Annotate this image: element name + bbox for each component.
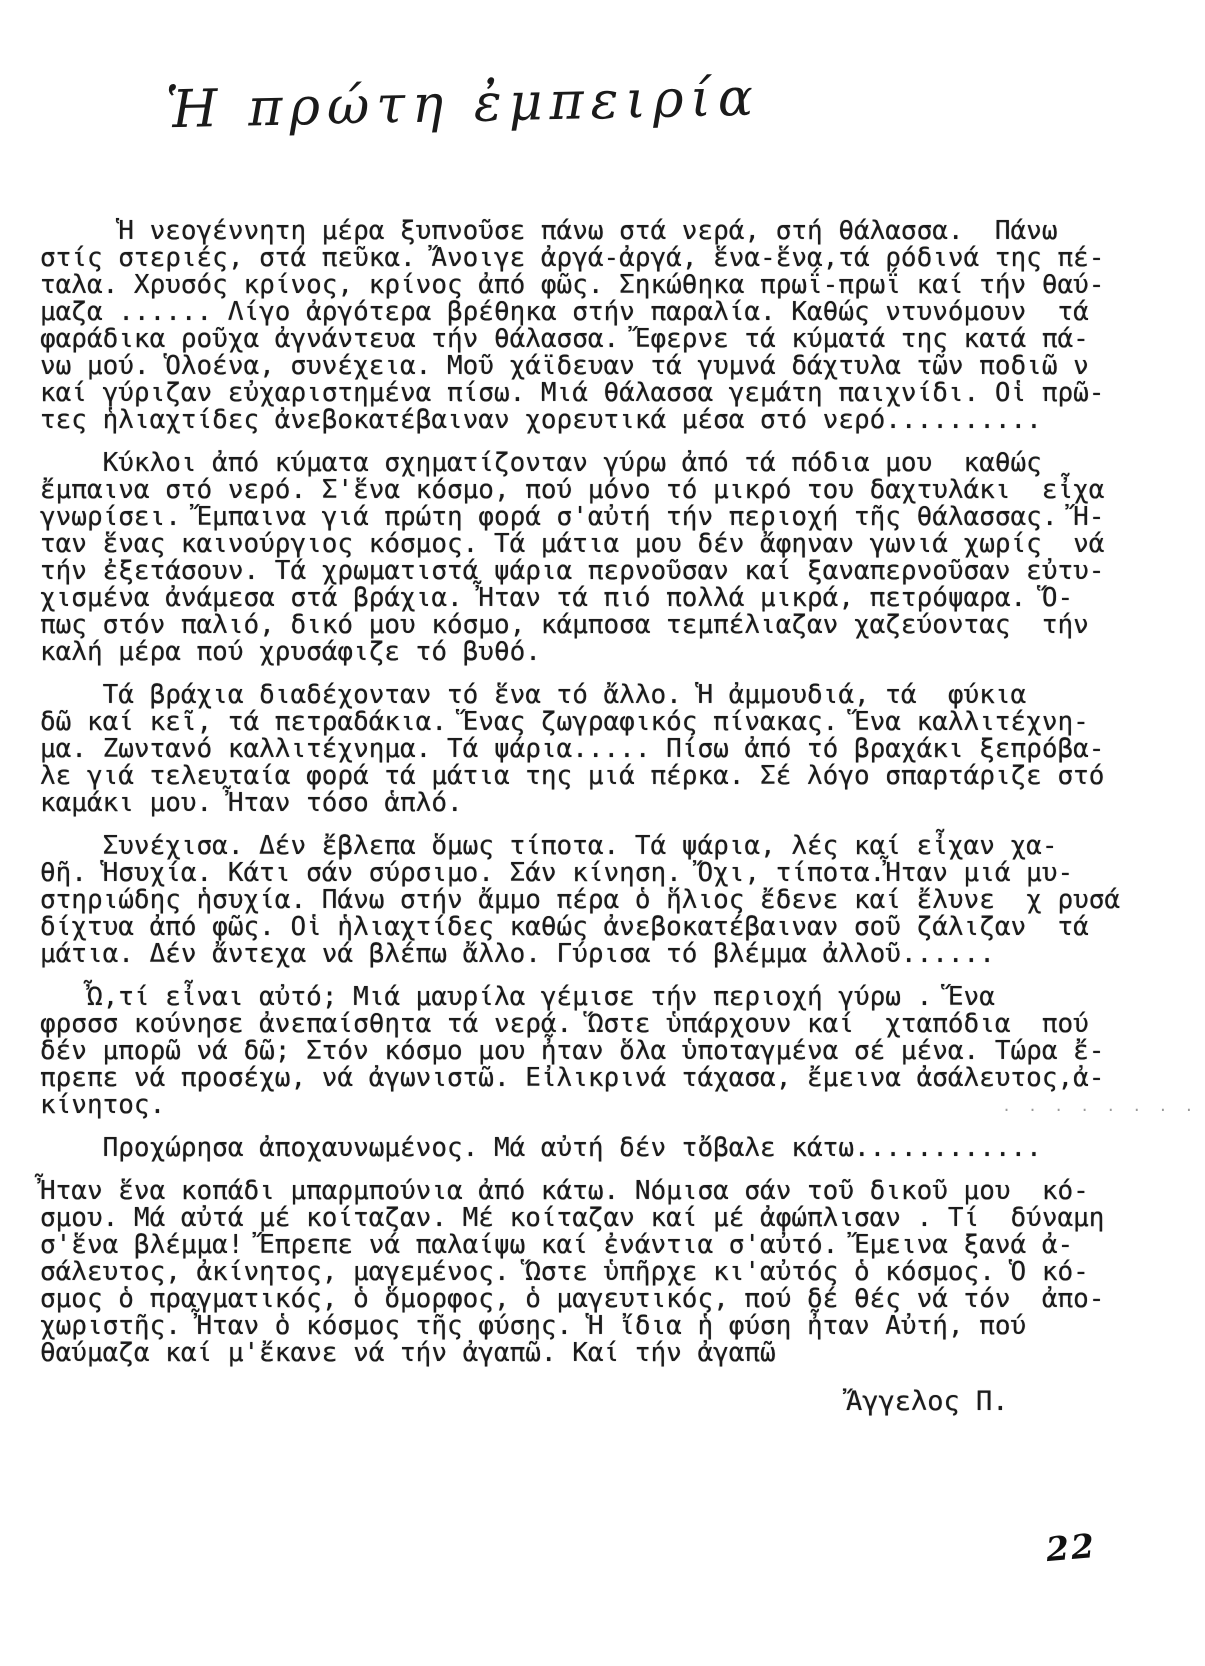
text-line: Ἡ νεογέννητη μέρα ξυπνοῦσε πάνω στά νερά… — [40, 218, 1120, 245]
text-line: στίς στεριές, στά πεῦκα. Ἄνοιγε ἀργά-ἀργ… — [40, 245, 1120, 272]
text-line: χωριστῆς. Ἦταν ὁ κόσμος τῆς φύσης. Ἡ ἴδι… — [40, 1313, 1120, 1340]
text-line: πρεπε νά προσέχω, νά ἀγωνιστῶ. Εἰλικρινά… — [40, 1065, 1120, 1092]
handwritten-page-title: Ἡ πρώτη ἐμπειρία — [165, 68, 760, 140]
text-line: καί γύριζαν εὐχαριστημένα πίσω. Μιά θάλα… — [40, 380, 1120, 407]
paragraph: Προχώρησα ἀποχαυνωμένος. Μά αὐτή δέν τὄβ… — [40, 1135, 1120, 1162]
text-line: μάτια. Δέν ἄντεχα νά βλέπω ἄλλο. Γύρισα … — [40, 941, 1120, 968]
author-signature: Ἄγγελος Π. — [846, 1386, 1009, 1417]
text-line: δέν μπορῶ νά δῶ; Στόν κόσμο μου ἦταν ὅλα… — [40, 1038, 1120, 1065]
text-line: ταν ἕνας καινούργιος κόσμος. Τά μάτια μο… — [40, 531, 1120, 558]
text-line: γνωρίσει. Ἔμπαινα γιά πρώτη φορά σ'αὐτή … — [40, 504, 1120, 531]
text-line: Κύκλοι ἀπό κύματα σχηματίζονταν γύρω ἀπό… — [40, 450, 1120, 477]
faint-dot-row: . . . . . . . . . — [1002, 1097, 1205, 1115]
paragraph: Ἦταν ἕνα κοπάδι μπαρμπούνια ἀπό κάτω. Νό… — [40, 1178, 1120, 1367]
paragraph: Ἡ νεογέννητη μέρα ξυπνοῦσε πάνω στά νερά… — [40, 218, 1120, 434]
paragraph: Τά βράχια διαδέχονταν τό ἕνα τό ἄλλο. Ἡ … — [40, 682, 1120, 817]
text-line: τήν ἐξετάσουν. Τά χρωματιστά ψάρια περνο… — [40, 558, 1120, 585]
text-line: μαζα ...... Λίγο ἀργότερα βρέθηκα στήν π… — [40, 299, 1120, 326]
text-line: σ'ἕνα βλέμμα! Ἔπρεπε νά παλαίψω καί ἐνάν… — [40, 1232, 1120, 1259]
text-line: ταλα. Χρυσός κρίνος, κρίνος ἀπό φῶς. Σηκ… — [40, 272, 1120, 299]
text-line: θῆ. Ἡσυχία. Κάτι σάν σύρσιμο. Σάν κίνηση… — [40, 860, 1120, 887]
paragraph: Ὦ,τί εἶναι αὐτό; Μιά μαυρίλα γέμισε τήν … — [40, 984, 1120, 1119]
paragraph: Κύκλοι ἀπό κύματα σχηματίζονταν γύρω ἀπό… — [40, 450, 1120, 666]
text-line: μα. Ζωντανό καλλιτέχνημα. Τά ψάρια..... … — [40, 736, 1120, 763]
text-line: καλή μέρα πού χρυσάφιζε τό βυθό. — [40, 639, 1120, 666]
text-line: Συνέχισα. Δέν ἔβλεπα ὅμως τίποτα. Τά ψάρ… — [40, 833, 1120, 860]
scanned-page: Ἡ πρώτη ἐμπειρία Ἡ νεογέννητη μέρα ξυπνο… — [0, 0, 1205, 1666]
text-line: Ἦταν ἕνα κοπάδι μπαρμπούνια ἀπό κάτω. Νό… — [40, 1178, 1120, 1205]
text-line: Προχώρησα ἀποχαυνωμένος. Μά αὐτή δέν τὄβ… — [40, 1135, 1120, 1162]
text-line: λε γιά τελευταία φορά τά μάτια της μιά π… — [40, 763, 1120, 790]
text-line: νω μού. Ὁλοένα, συνέχεια. Μοῦ χάϊδευαν τ… — [40, 353, 1120, 380]
text-line: χισμένα ἀνάμεσα στά βράχια. Ἦταν τά πιό … — [40, 585, 1120, 612]
document-text-block: Ἡ νεογέννητη μέρα ξυπνοῦσε πάνω στά νερά… — [40, 218, 1120, 1383]
text-line: φρσσσ κούνησε ἀνεπαίσθητα τά νερά. Ὥστε … — [40, 1011, 1120, 1038]
text-line: ἔμπαινα στό νερό. Σ'ἕνα κόσμο, πού μόνο … — [40, 477, 1120, 504]
text-line: δῶ καί κεῖ, τά πετραδάκια. Ἕνας ζωγραφικ… — [40, 709, 1120, 736]
text-line: κίνητος. — [40, 1092, 1120, 1119]
text-line: σμος ὁ πραγματικός, ὁ ὅμορφος, ὁ μαγευτι… — [40, 1286, 1120, 1313]
paragraph: Συνέχισα. Δέν ἔβλεπα ὅμως τίποτα. Τά ψάρ… — [40, 833, 1120, 968]
text-line: φαράδικα ροῦχα ἀγνάντευα τήν θάλασσα. Ἔφ… — [40, 326, 1120, 353]
page-number: 22 — [1044, 1526, 1097, 1569]
text-line: θαύμαζα καί μ'ἔκανε νά τήν ἀγαπῶ. Καί τή… — [40, 1340, 1120, 1367]
text-line: στηριώδης ἡσυχία. Πάνω στήν ἄμμο πέρα ὁ … — [40, 887, 1120, 914]
text-line: σάλευτος, ἀκίνητος, μαγεμένος. Ὥστε ὑπῆρ… — [40, 1259, 1120, 1286]
text-line: δίχτυα ἀπό φῶς. Οἱ ἡλιαχτίδες καθώς ἀνεβ… — [40, 914, 1120, 941]
text-line: σμου. Μά αὐτά μέ κοίταζαν. Μέ κοίταζαν κ… — [40, 1205, 1120, 1232]
text-line: Τά βράχια διαδέχονταν τό ἕνα τό ἄλλο. Ἡ … — [40, 682, 1120, 709]
text-line: τες ἡλιαχτίδες ἀνεβοκατέβαιναν χορευτικά… — [40, 407, 1120, 434]
text-line: Ὦ,τί εἶναι αὐτό; Μιά μαυρίλα γέμισε τήν … — [40, 984, 1120, 1011]
text-line: πως στόν παλιό, δικό μου κόσμο, κάμποσα … — [40, 612, 1120, 639]
text-line: καμάκι μου. Ἦταν τόσο ἁπλό. — [40, 790, 1120, 817]
